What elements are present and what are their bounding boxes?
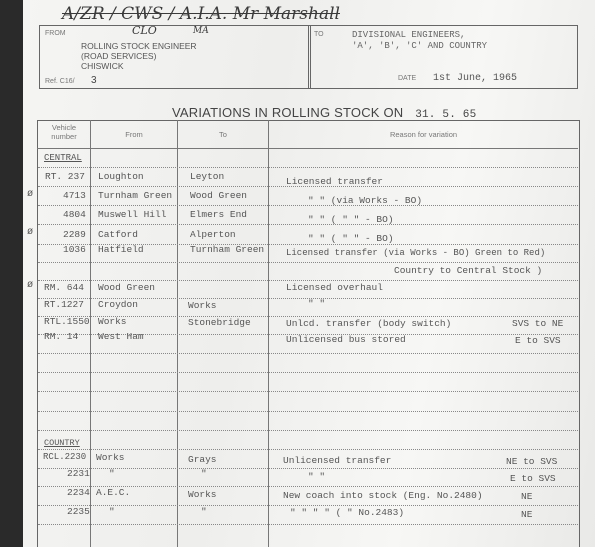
depot-note: E to SVS: [510, 473, 556, 484]
reason: " " (via Works - BO): [308, 195, 422, 206]
to-location: Works: [188, 300, 217, 311]
margin-check-mark: ø: [27, 188, 33, 199]
reason: Unlcd. transfer (body switch): [286, 318, 451, 329]
vehicle-number: RT. 237: [45, 171, 85, 182]
from-location: Works: [98, 316, 127, 327]
margin-check-mark: ø: [27, 279, 33, 290]
row-rule: [38, 430, 578, 431]
vehicle-number: RT.1227: [44, 299, 84, 310]
to-location: Turnham Green: [190, 244, 264, 255]
row-rule: [38, 449, 578, 450]
reason: New coach into stock (Eng. No.2480): [283, 490, 483, 501]
reason: " " ( " " - BO): [308, 214, 394, 225]
row-rule: [38, 280, 578, 281]
reason: " ": [308, 298, 325, 309]
row-rule: [38, 524, 578, 525]
depot-note: NE: [521, 491, 532, 502]
vehicle-number: RCL.2230: [43, 452, 86, 462]
section-country: COUNTRY: [44, 438, 80, 448]
scan-edge-strip: [0, 0, 23, 547]
date-value: 1st June, 1965: [433, 73, 517, 84]
from-location: Hatfield: [98, 244, 144, 255]
to-label: TO: [314, 31, 324, 38]
date-label: DATE: [398, 75, 416, 82]
margin-check-mark: ø: [27, 226, 33, 237]
row-rule: [38, 505, 578, 506]
reason: Unlicensed bus stored: [286, 334, 406, 345]
from-location: Croydon: [98, 299, 138, 310]
row-rule: [38, 391, 578, 392]
reason: Licensed transfer: [286, 176, 383, 187]
depot-note: SVS to NE: [512, 318, 563, 329]
to-location: Works: [188, 489, 217, 500]
to-line2: 'A', 'B', 'C' AND COUNTRY: [352, 41, 487, 51]
reason: Unlicensed transfer: [283, 455, 391, 466]
reason: Licensed transfer (via Works - BO) Green…: [286, 248, 545, 258]
row-rule: [38, 167, 578, 168]
vehicle-number: 1036: [63, 244, 86, 255]
page-title: VARIATIONS IN ROLLING STOCK ON 31. 5. 65: [172, 105, 476, 121]
depot-note: NE: [521, 509, 532, 520]
to-location: ": [201, 468, 207, 479]
to-location: Grays: [188, 454, 217, 465]
vehicle-number: RM. 14: [44, 331, 78, 342]
row-rule: [38, 468, 578, 469]
row-rule: [38, 411, 578, 412]
from-location: Catford: [98, 229, 138, 240]
header-divider: [37, 148, 578, 149]
row-rule: [38, 353, 578, 354]
to-location: Alperton: [190, 229, 236, 240]
row-rule: [38, 372, 578, 373]
from-location: Loughton: [98, 171, 144, 182]
vehicle-number: 2235: [67, 506, 90, 517]
header-from: From: [91, 130, 177, 139]
from-location: Muswell Hill: [98, 209, 166, 220]
from-label: FROM: [45, 30, 66, 37]
reason: " ": [308, 471, 325, 482]
from-location: ": [109, 468, 115, 479]
header-reason: Reason for variation: [269, 130, 578, 139]
from-location: Turnham Green: [98, 190, 172, 201]
from-line3: CHISWICK: [81, 61, 124, 71]
vehicle-number: 4713: [63, 190, 86, 201]
ref-label: Ref. C16/: [45, 78, 75, 85]
header-to: To: [178, 130, 268, 139]
vehicle-number: 2231: [67, 468, 90, 479]
from-location: Wood Green: [98, 282, 155, 293]
to-location: ": [201, 506, 207, 517]
header-vehicle-line1: Vehicle: [38, 123, 90, 132]
to-location: Leyton: [190, 171, 224, 182]
handwritten-annotation: A/ZR / CWS / A.I.A. Mr Marshall: [62, 4, 340, 24]
to-location: Wood Green: [190, 190, 247, 201]
from-location: West Ham: [98, 331, 144, 342]
title-text: VARIATIONS IN ROLLING STOCK ON: [172, 105, 403, 120]
header-vehicle-line2: number: [38, 132, 90, 141]
row-rule: [38, 262, 578, 263]
vehicle-number: RM. 644: [44, 282, 84, 293]
to-line1: DIVISIONAL ENGINEERS,: [352, 30, 465, 40]
vehicle-number: RTL.1550: [44, 316, 90, 327]
reason: Country to Central Stock ): [394, 265, 542, 276]
header-vehicle-number: Vehicle number: [38, 123, 90, 141]
vehicle-number: 4804: [63, 209, 86, 220]
reason: Licensed overhaul: [286, 282, 383, 293]
from-box: [39, 25, 311, 89]
vehicle-number: 2289: [63, 229, 86, 240]
ref-value: 3: [91, 75, 97, 86]
reason: " " ( " " - BO): [308, 233, 394, 244]
from-line1: ROLLING STOCK ENGINEER: [81, 41, 197, 51]
depot-note: NE to SVS: [506, 456, 557, 467]
from-line2: (ROAD SERVICES): [81, 51, 156, 61]
from-location: Works: [96, 452, 125, 463]
reason: " " " " ( " No.2483): [290, 507, 404, 518]
to-location: Elmers End: [190, 209, 247, 220]
from-location: A.E.C.: [96, 487, 130, 498]
depot-note: E to SVS: [515, 335, 561, 346]
to-location: Stonebridge: [188, 317, 251, 328]
from-location: ": [109, 506, 115, 517]
vehicle-number: 2234: [67, 487, 90, 498]
section-central: CENTRAL: [44, 153, 82, 163]
